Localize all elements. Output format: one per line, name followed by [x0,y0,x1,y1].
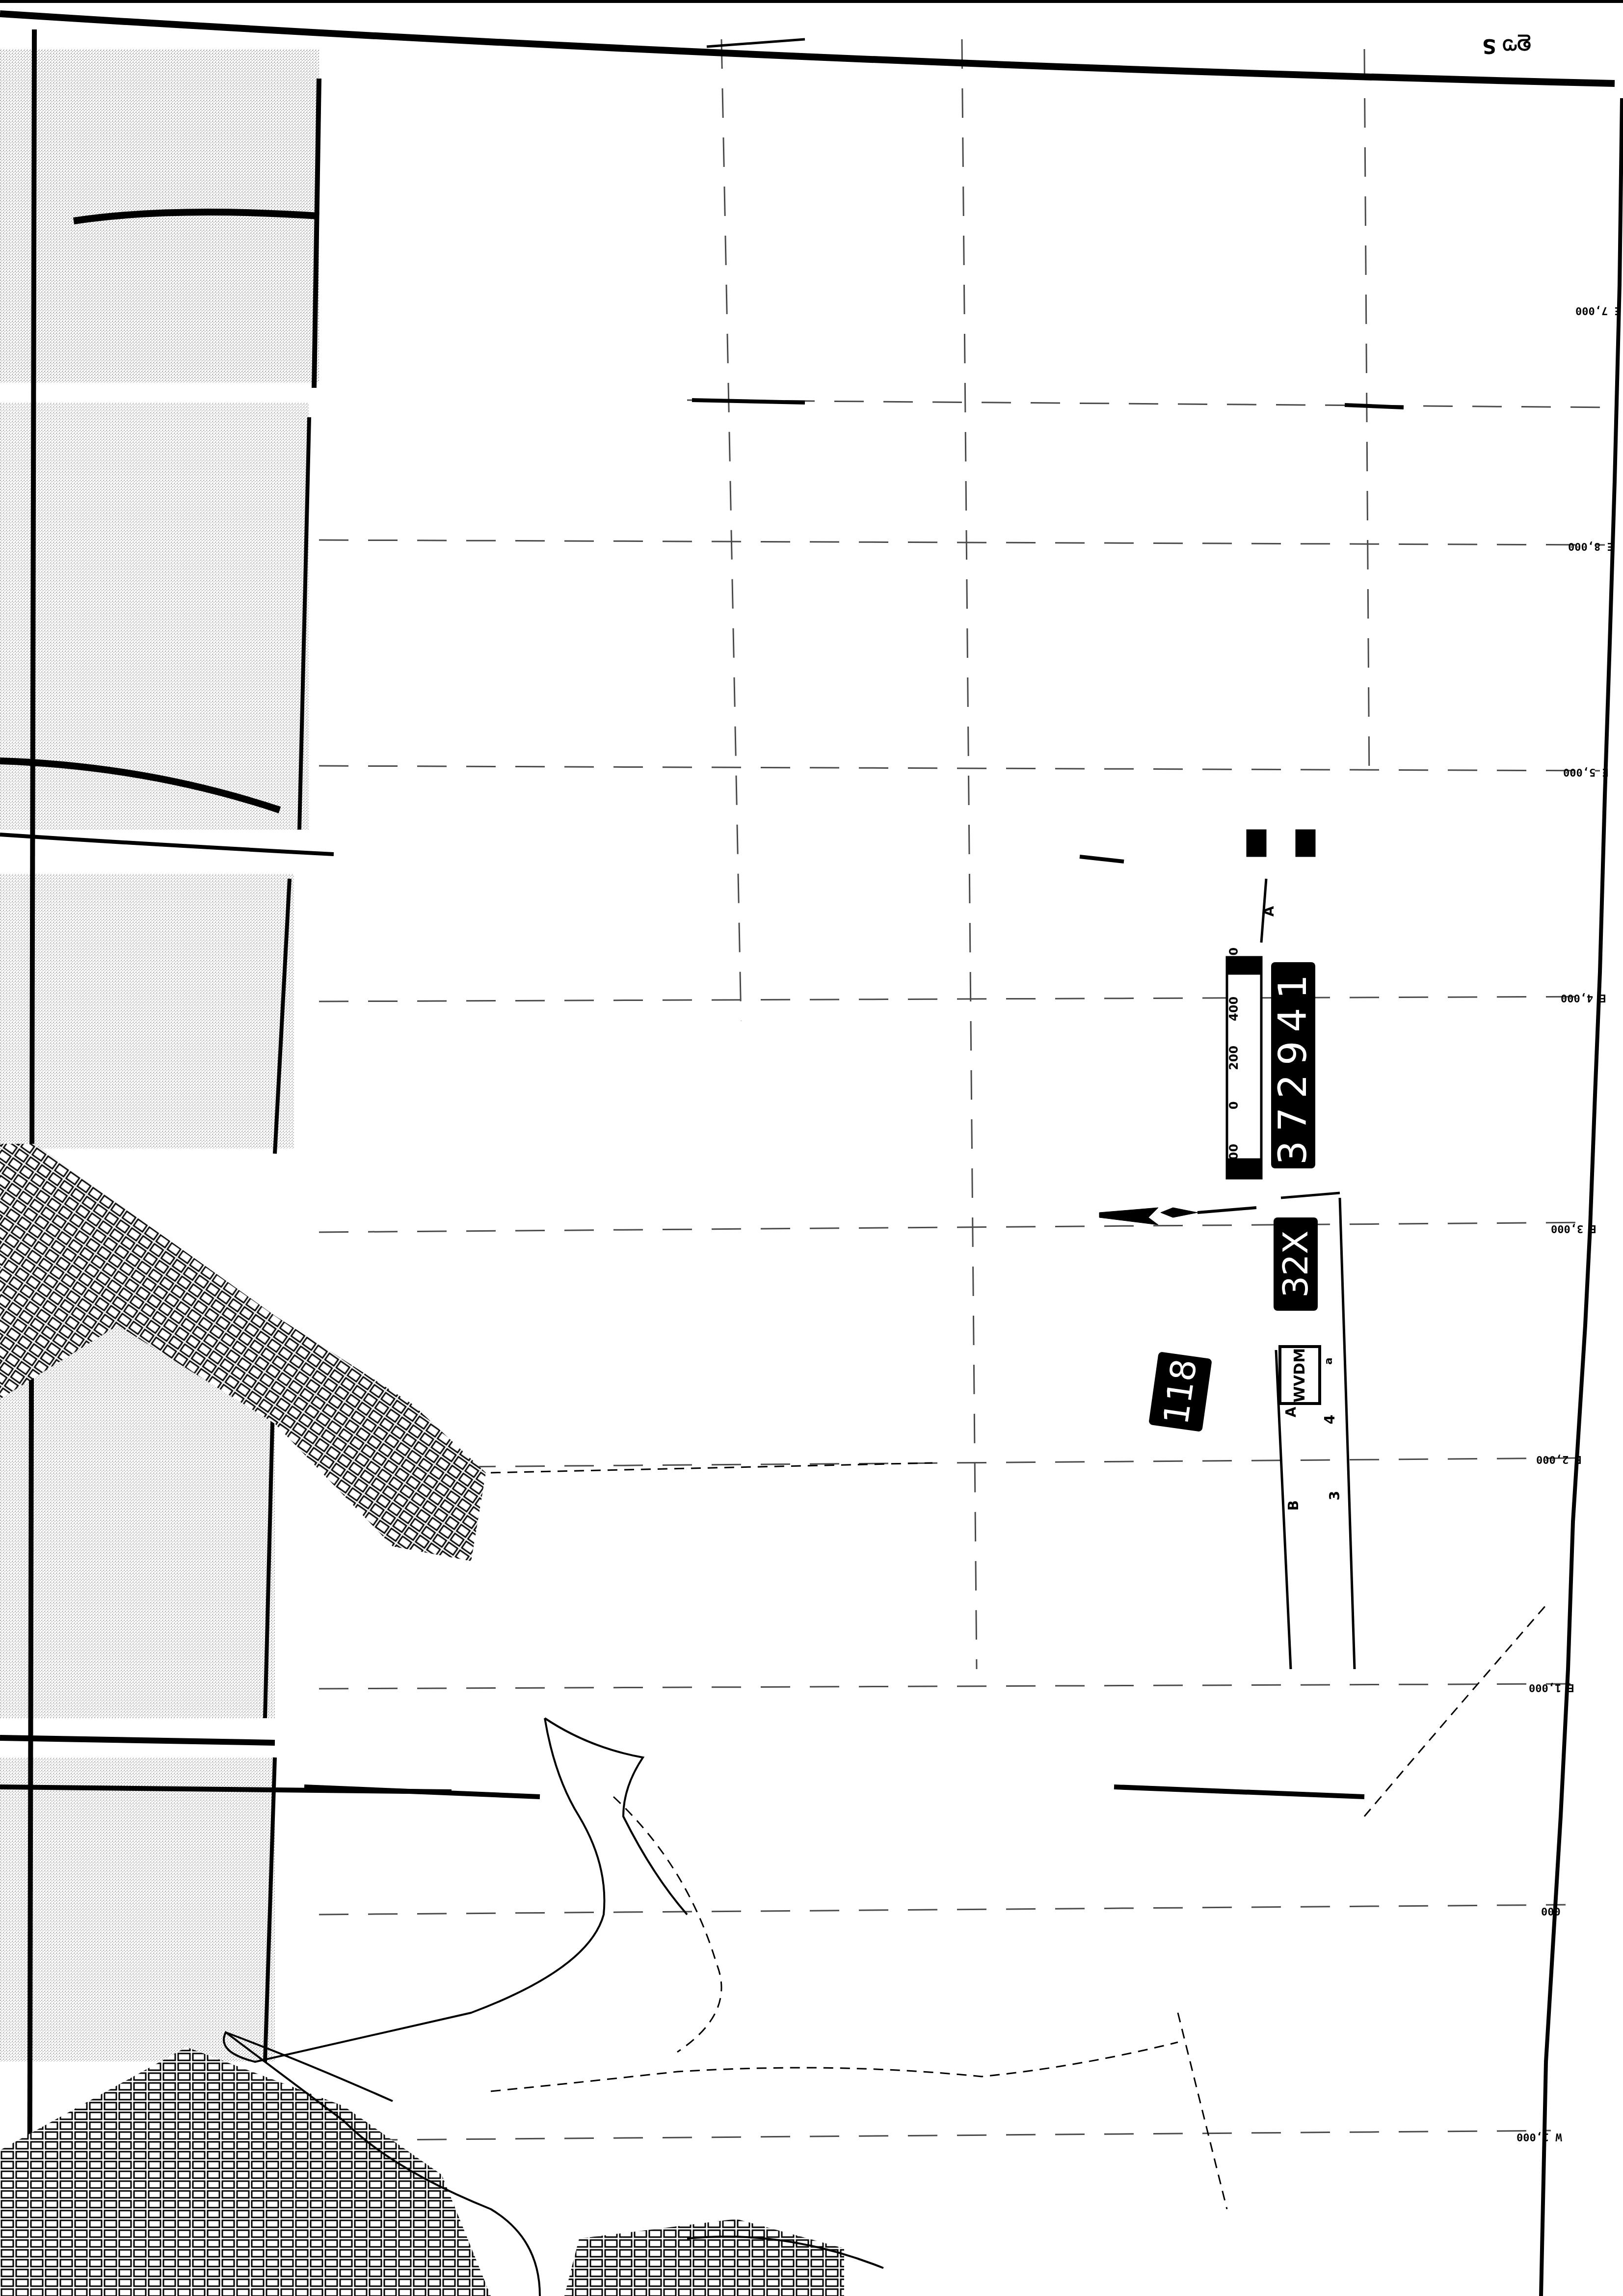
sheet-number-plate: 118 [1148,1351,1212,1432]
left-scan-strip [0,29,452,2296]
grid-label-w1000: W 1,000 [1517,2131,1562,2143]
map-canvas [0,0,1623,2296]
grid-label-e7000: E 7,000 [1575,304,1621,317]
sheet-number: 118 [1156,1356,1205,1427]
grid-label-e8000: E 8,000 [1568,540,1614,552]
grid-lines [319,39,1610,2140]
grid-label-e1000: E 1,000 [1529,1681,1574,1694]
grid-label-origin: 000 [1541,1905,1561,1917]
scale-label-0: 200 [1227,1144,1241,1168]
film-prefix: 32X [1276,1230,1316,1297]
scale-label-1: 0 [1227,1101,1241,1109]
producer-label: WVDM [1291,1348,1308,1402]
scale-label-4: 600 [1227,947,1241,972]
dashed-paths [491,1463,1546,2209]
film-prefix-plate: 32X [1274,1217,1318,1311]
calibration-marker-b: B [1285,1500,1302,1511]
film-number-plate: 372941 [1271,962,1315,1168]
scale-label-2: 200 [1227,1046,1241,1070]
scale-label-3: 400 [1227,997,1241,1021]
calibration-marker-a-small: a [1323,1357,1335,1365]
top-margin-mark: ഊ S [1482,34,1532,57]
north-arrow-icon [1099,1208,1256,1225]
urban-street-grid [0,1144,844,2296]
scale-bar: 200 0 200 400 600 [1227,952,1247,1168]
grid-label-e5000: E 5,000 [1563,766,1609,778]
producer-label-box: WVDM [1278,1345,1321,1405]
right-neatline [1541,98,1622,2296]
grid-label-e2000: E 2,000 [1536,1453,1582,1465]
grid-label-e3000: E 3,000 [1551,1222,1596,1235]
calibration-marker-4: 4 [1322,1415,1338,1424]
calibration-marker-3: 3 [1327,1491,1343,1500]
film-number: 372941 [1271,966,1315,1165]
grid-label-e4000: E 4,000 [1561,992,1606,1004]
calibration-marker-a-top: A [1261,906,1277,917]
calibration-marker-a: A [1283,1407,1299,1418]
